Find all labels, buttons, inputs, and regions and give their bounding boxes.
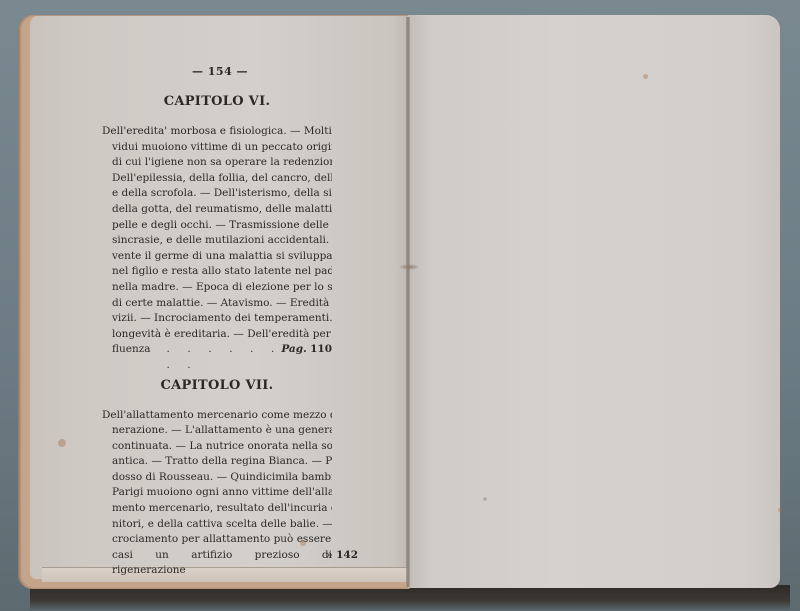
summary-line: vidui muoiono vittime di un peccato orig… <box>102 140 332 156</box>
book-gutter <box>406 17 410 587</box>
foxing-stain <box>483 497 487 501</box>
page-reference-number: 142 <box>336 549 358 561</box>
summary-line: longevità è ereditaria. — Dell'eredità p… <box>102 327 332 343</box>
summary-line: continuata. — La nutrice onorata nella s… <box>102 439 332 455</box>
summary-line: Dell'allattamento mercenario come mezzo … <box>102 408 332 424</box>
summary-line: nitori, e della cattiva scelta delle bal… <box>102 517 332 533</box>
summary-line: nerazione. — L'allattamento è una genera… <box>102 423 332 439</box>
open-book: — 154 — CAPITOLO VI. Dell'eredita' morbo… <box>18 12 783 592</box>
foxing-stain <box>778 508 782 512</box>
summary-line: antica. — Tratto della regina Bianca. — … <box>102 454 332 470</box>
chapter-7-summary: Dell'allattamento mercenario come mezzo … <box>102 408 332 580</box>
summary-line: nella madre. — Epoca di elezione per lo … <box>102 280 332 296</box>
page-number: — 154 — <box>108 64 332 80</box>
summary-line: vizii. — Incrociamento dei temperamenti.… <box>102 311 332 327</box>
chapter-7-title: CAPITOLO VII. <box>102 378 332 400</box>
summary-line: crociamento per allattamento può essere … <box>102 532 332 548</box>
page-reference: Pag. 110 <box>281 342 332 373</box>
chapter-6-summary: Dell'eredita' morbosa e fisiologica. — M… <box>102 124 332 374</box>
page-reference-label: » <box>326 549 332 561</box>
leader-dots: . . . . . . . . <box>151 342 282 373</box>
table-of-contents: — 154 — CAPITOLO VI. Dell'eredita' morbo… <box>102 64 332 579</box>
summary-line: di cui l'igiene non sa operare la redenz… <box>102 155 332 171</box>
summary-line: Dell'eredita' morbosa e fisiologica. — M… <box>102 124 332 140</box>
gutter-tear <box>398 264 420 270</box>
summary-line: pelle e degli occhi. — Trasmissione dell… <box>102 218 332 234</box>
summary-line: e della scrofola. — Dell'isterismo, dell… <box>102 186 332 202</box>
page-reference-label: Pag. <box>281 343 306 355</box>
foxing-stain <box>58 439 66 447</box>
summary-line: vente il germe di una malattia si svilup… <box>102 249 332 265</box>
summary-line: Parigi muoiono ogni anno vittime dell'al… <box>102 485 332 501</box>
summary-last-line: casi un artifizio prezioso di rigenerazi… <box>112 548 332 579</box>
summary-line: sincrasie, e delle mutilazioni accidenta… <box>102 233 332 249</box>
summary-line: dosso di Rousseau. — Quindicimila bambin… <box>102 470 332 486</box>
summary-line: della gotta, del reumatismo, delle malat… <box>102 202 332 218</box>
summary-last-line: fluenza <box>112 342 151 373</box>
page-reference-number: 110 <box>310 343 332 355</box>
summary-line: di certe malattie. — Atavismo. — Eredità… <box>102 296 332 312</box>
summary-line: nel figlio e resta allo stato latente ne… <box>102 264 332 280</box>
chapter-6-page-reference-line: fluenza . . . . . . . . Pag. 110 <box>102 342 332 373</box>
page-reference: » 142 <box>326 548 358 564</box>
chapter-7-page-reference-line: casi un artifizio prezioso di rigenerazi… <box>102 548 332 579</box>
summary-line: mento mercenario, resultato dell'incuria… <box>102 501 332 517</box>
foxing-stain <box>643 74 648 79</box>
chapter-6-title: CAPITOLO VI. <box>102 94 332 116</box>
right-page-blank <box>408 15 780 588</box>
summary-line: Dell'epilessia, della follia, del cancro… <box>102 171 332 187</box>
